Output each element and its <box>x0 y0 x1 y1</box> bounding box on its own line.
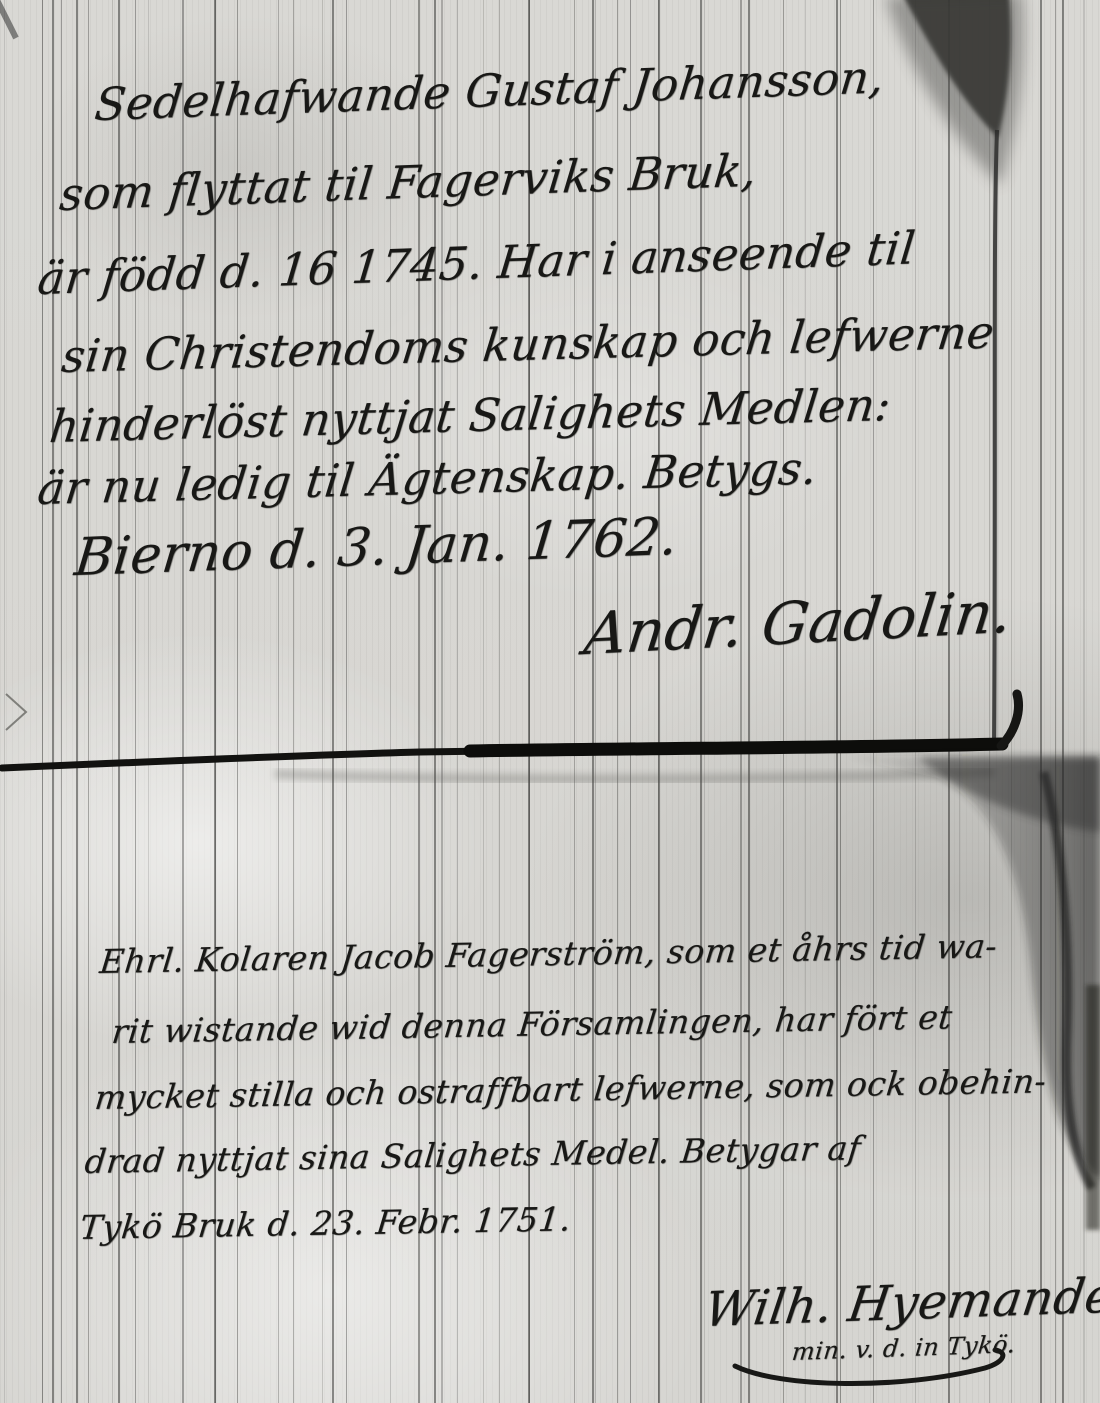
scan-line <box>783 0 784 1403</box>
scan-line <box>959 0 960 1403</box>
signature-title: min. v. d. in Tykö. <box>791 1330 1018 1366</box>
scan-line <box>805 0 806 1403</box>
scan-line <box>948 0 950 1403</box>
scan-line <box>528 0 530 1403</box>
scan-line <box>1055 0 1056 1403</box>
scan-line <box>418 0 420 1403</box>
fold-crease-line <box>994 130 997 748</box>
page-fold-shadow <box>838 756 1100 1180</box>
handwritten-line: drad nyttjat sina Salighets Medel. Betyg… <box>83 1128 863 1181</box>
signature-wilh-hyemander: Wilh. Hyemander <box>701 1267 1100 1338</box>
divider-smudge <box>275 772 995 779</box>
scan-line <box>457 0 458 1403</box>
corner-mark <box>0 0 16 38</box>
scan-line <box>704 0 705 1403</box>
scan-line <box>4 0 5 1403</box>
divider-hook <box>1001 694 1019 746</box>
scan-line <box>42 0 43 1403</box>
page-fold-dark-streak <box>1044 772 1092 1188</box>
dateline-1751: Tykö Bruk d. 23. Febr. 1751. <box>78 1199 573 1247</box>
signature-andr-gadolin: Andr. Gadolin. <box>581 577 1016 668</box>
scan-line <box>592 0 594 1403</box>
scan-line <box>630 0 631 1403</box>
left-edge-chevron <box>6 694 26 730</box>
handwritten-line: rit wistande wid denna Församlingen, har… <box>110 997 954 1051</box>
scan-line <box>700 0 702 1403</box>
handwritten-line: sin Christendoms kunskap och lefwerne <box>59 306 997 384</box>
scan-line <box>390 0 391 1403</box>
scan-line <box>658 0 660 1403</box>
scan-line <box>617 0 618 1403</box>
page-edge-dark-strip <box>1086 985 1100 1230</box>
scan-line <box>1011 0 1012 1403</box>
scan-line <box>873 0 874 1403</box>
scan-line <box>836 0 838 1403</box>
scan-line <box>483 0 484 1403</box>
handwritten-line: som flyttat til Fagerviks Bruk, <box>57 144 759 222</box>
handwritten-line: är född d. 16 1745. Har i anseende til <box>35 221 918 305</box>
divider-line <box>2 744 1000 768</box>
manuscript-scan-page: Sedelhafwande Gustaf Johansson, som flyt… <box>0 0 1100 1403</box>
scan-line <box>740 0 742 1403</box>
scan-line <box>748 0 750 1403</box>
scan-line <box>574 0 575 1403</box>
scan-line <box>434 0 436 1403</box>
scan-line <box>529 0 530 1403</box>
handwritten-line: mycket stilla och ostraffbart lefwerne, … <box>93 1061 1048 1117</box>
scan-line <box>595 0 596 1403</box>
ink-blot <box>903 0 1011 138</box>
scan-line <box>441 0 443 1403</box>
scan-line <box>1062 0 1064 1403</box>
scan-line <box>658 0 659 1403</box>
scan-line <box>499 0 500 1403</box>
scan-line <box>1040 0 1042 1403</box>
scan-line <box>915 0 916 1403</box>
handwritten-line: Sedelhafwande Gustaf Johansson, <box>92 50 887 131</box>
ink-blot-halo <box>885 0 1024 185</box>
dateline-1762: Bierno d. 3. Jan. 1762. <box>72 507 681 588</box>
scan-line <box>840 0 841 1403</box>
handwritten-line: Ehrl. Kolaren Jacob Fagerström, som et å… <box>98 926 999 981</box>
scan-line <box>52 0 54 1403</box>
fold-top-shade <box>918 758 1100 832</box>
scan-line <box>1083 0 1085 1403</box>
handwritten-line: hinderlöst nyttjat Salighets Medlen: <box>47 378 894 453</box>
scan-line <box>989 0 990 1403</box>
handwritten-line: är nu ledig til Ägtenskap. Betygs. <box>35 442 820 516</box>
